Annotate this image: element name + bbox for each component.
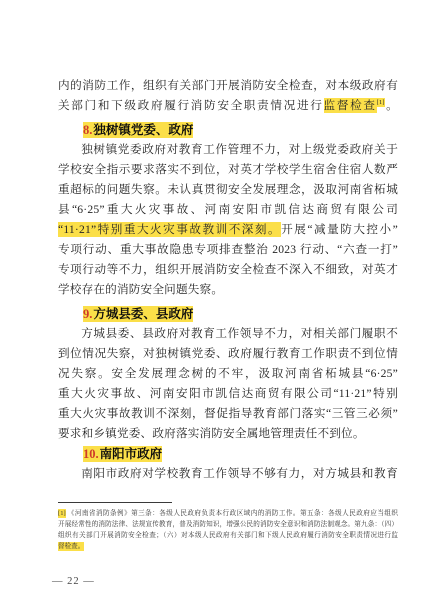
text-line: 重大火灾事故教训不深刻，督促指导教育部门落实“三管三必须”	[58, 404, 398, 424]
text-segment: 重超标的问题失察。未认真贯彻安全发展理念，汲取河南省柘城	[58, 183, 398, 196]
text-segment: 组织有关部门开展消防安全检查；（六）对本级人民政府有关部门和下级人民政府履行消防…	[58, 532, 398, 539]
text-line: 要求和乡镇党委、政府落实消防安全属地管理责任不到位。	[58, 424, 398, 444]
highlight: 10.南阳市政府	[83, 446, 162, 462]
section-8-heading: 8.独树镇党委、政府	[58, 120, 398, 140]
text-line: 重大火灾事故、河南安阳市凯信达商贸有限公司“11·21”特别	[58, 384, 398, 404]
text-segment: 专项行动等不力，组织开展消防安全检查不深入不细致，对英才	[58, 263, 398, 276]
text-segment: 督检查。	[58, 542, 84, 551]
text-segment: “11·21”特别重大火灾事故教训不深刻。	[58, 222, 281, 237]
text-line: [1] 《河南省消防条例》第三条：各级人民政府负责本行政区域内的消防工作。第五条…	[58, 508, 398, 519]
section-title: 方城县委、县政府	[93, 307, 193, 321]
text-line: 开展经常性的消防法律、法规宣传教育，普及消防知识，增强公民的消防安全意识和消防法…	[58, 519, 398, 530]
text-segment: 重大火灾事故教训不深刻，督促指导教育部门落实“三管三必须”	[58, 407, 398, 420]
text-segment: 学校安全指示要求落实不到位，对英才学校学生宿舍住宿人数严	[58, 163, 398, 176]
text-segment: 南阳市政府对学校教育工作领导不够有力，对方城县和教育	[81, 467, 398, 480]
highlight: 8.独树镇党委、政府	[83, 122, 193, 138]
text-segment: 学校存在的消防安全问题失察。	[58, 283, 223, 296]
section-9-paragraph: 方城县委、县政府对教育工作领导不力，对相关部门履职不到位情况失察，对独树镇党委、…	[58, 324, 398, 444]
text-line: 专项行动、重大事故隐患专项排查整治 2023 行动、“六查一打”	[58, 240, 398, 260]
text-line: 到位情况失察，对独树镇党委、政府履行教育工作职责不到位情	[58, 344, 398, 364]
section-8-paragraph: 独树镇党委政府对教育工作管理不力，对上级党委政府关于学校安全指示要求落实不到位，…	[58, 140, 398, 300]
text-segment: 方城县委、县政府对教育工作领导不力，对相关部门履职不	[81, 327, 398, 340]
footnote-separator	[58, 502, 172, 503]
paragraph-intro: 内的消防工作，组织有关部门开展消防安全检查，对本级政府有关部门和下级政府履行消防…	[58, 76, 398, 116]
page-content: 内的消防工作，组织有关部门开展消防安全检查，对本级政府有关部门和下级政府履行消防…	[58, 76, 398, 587]
text-line: 督检查。	[58, 541, 398, 552]
section-title: 独树镇党委、政府	[93, 123, 193, 137]
text-line: 独树镇党委政府对教育工作管理不力，对上级党委政府关于	[58, 140, 398, 160]
section-number: 9.	[83, 307, 93, 321]
text-segment: 县“6·25”重大火灾事故、河南安阳市凯信达商贸有限公司	[58, 203, 398, 216]
text-line: 方城县委、县政府对教育工作领导不力，对相关部门履职不	[58, 324, 398, 344]
section-10-paragraph: 南阳市政府对学校教育工作领导不够有力，对方城县和教育	[58, 464, 398, 484]
text-line: 组织有关部门开展消防安全检查；（六）对本级人民政府有关部门和下级人民政府履行消防…	[58, 530, 398, 541]
footnote-block: [1] 《河南省消防条例》第三条：各级人民政府负责本行政区域内的消防工作。第五条…	[58, 508, 398, 552]
text-segment: [1]	[58, 509, 66, 518]
text-line: 关部门和下级政府履行消防安全职责情况进行监督检查[1]。	[58, 96, 398, 116]
text-segment: 到位情况失察，对独树镇党委、政府履行教育工作职责不到位情	[58, 347, 398, 360]
text-segment: 开展“减量防大控小”	[281, 223, 398, 236]
section-number: 10.	[83, 447, 100, 461]
text-segment: 。	[385, 99, 398, 112]
document-page: 内的消防工作，组织有关部门开展消防安全检查，对本级政府有关部门和下级政府履行消防…	[0, 0, 433, 613]
text-line: 况失察。安全发展理念树的不牢，汲取河南省柘城县“6·25”	[58, 364, 398, 384]
text-line: 专项行动等不力，组织开展消防安全检查不深入不细致，对英才	[58, 260, 398, 280]
page-number: — 22 —	[52, 576, 398, 587]
text-segment: 独树镇党委政府对教育工作管理不力，对上级党委政府关于	[81, 143, 398, 156]
text-segment: 况失察。安全发展理念树的不牢，汲取河南省柘城县“6·25”	[58, 367, 398, 380]
section-9-heading: 9.方城县委、县政府	[58, 304, 398, 324]
text-line: 学校存在的消防安全问题失察。	[58, 280, 398, 300]
text-segment: 开展经常性的消防法律、法规宣传教育，普及消防知识，增强公民的消防安全意识和消防法…	[58, 521, 398, 528]
text-line: “11·21”特别重大火灾事故教训不深刻。开展“减量防大控小”	[58, 220, 398, 240]
text-line: 学校安全指示要求落实不到位，对英才学校学生宿舍住宿人数严	[58, 160, 398, 180]
footnote-ref: [1]	[377, 98, 385, 107]
section-10-heading: 10.南阳市政府	[58, 444, 398, 464]
text-segment: 专项行动、重大事故隐患专项排查整治 2023 行动、“六查一打”	[58, 243, 398, 256]
text-segment: 关部门和下级政府履行消防安全职责情况进行	[58, 99, 324, 112]
section-number: 8.	[83, 123, 93, 137]
highlight: 9.方城县委、县政府	[83, 306, 193, 322]
text-segment: 《河南省消防条例》第三条：各级人民政府负责本行政区域内的消防工作。第五条：各级人…	[66, 510, 398, 517]
text-segment: 要求和乡镇党委、政府落实消防安全属地管理责任不到位。	[58, 427, 365, 440]
text-segment: 监督检查	[324, 98, 377, 113]
text-line: 县“6·25”重大火灾事故、河南安阳市凯信达商贸有限公司	[58, 200, 398, 220]
text-line: 内的消防工作，组织有关部门开展消防安全检查，对本级政府有	[58, 76, 398, 96]
text-segment: 内的消防工作，组织有关部门开展消防安全检查，对本级政府有	[58, 79, 398, 92]
text-line: 重超标的问题失察。未认真贯彻安全发展理念，汲取河南省柘城	[58, 180, 398, 200]
text-line: 南阳市政府对学校教育工作领导不够有力，对方城县和教育	[58, 464, 398, 484]
text-segment: 重大火灾事故、河南安阳市凯信达商贸有限公司“11·21”特别	[58, 387, 398, 400]
section-title: 南阳市政府	[100, 447, 163, 461]
